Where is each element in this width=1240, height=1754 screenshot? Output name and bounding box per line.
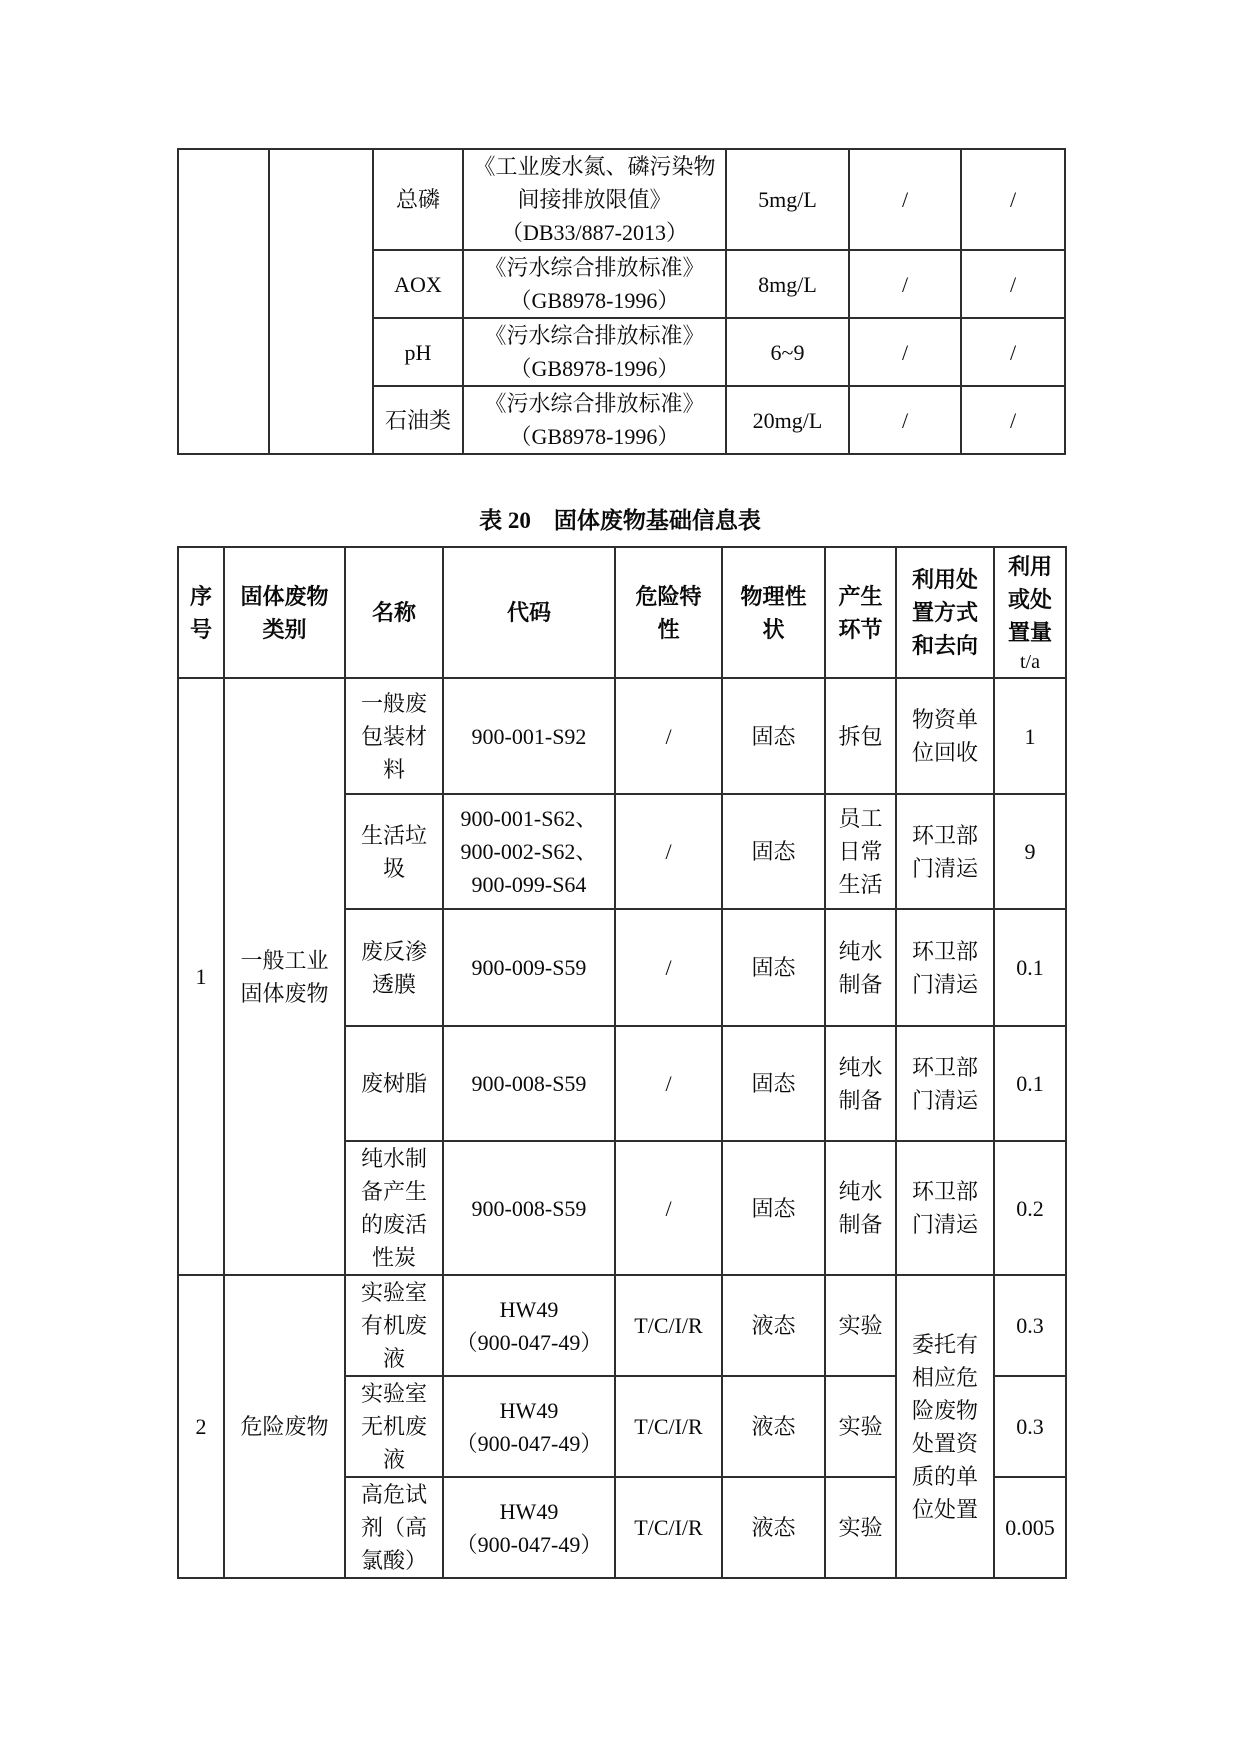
waste-code-cell: 900-009-S59 xyxy=(443,909,615,1026)
waste-name-cell: 废树脂 xyxy=(345,1026,443,1141)
disposal-cell: 环卫部 门清运 xyxy=(896,1141,994,1275)
amount-cell: 0.2 xyxy=(994,1141,1066,1275)
header-amount-unit: t/a xyxy=(997,649,1063,675)
amount-cell: 0.3 xyxy=(994,1376,1066,1477)
header-category-cell: 固体废物 类别 xyxy=(224,547,345,678)
disposal-cell: 环卫部 门清运 xyxy=(896,1026,994,1141)
waste-name-cell: 实验室 无机废 液 xyxy=(345,1376,443,1477)
solid-waste-info-table: 序 号 固体废物 类别 名称 代码 危险特 性 物理性 状 产生 环节 利用处 … xyxy=(177,546,1067,1579)
header-amount-cell: 利用 或处 置量t/a xyxy=(994,547,1066,678)
table-row: 总磷 《工业废水氮、磷污染物 间接排放限值》 （DB33/887-2013） 5… xyxy=(178,149,1065,250)
slash-cell: / xyxy=(961,149,1065,250)
disposal-cell: 环卫部 门清运 xyxy=(896,909,994,1026)
slash-cell: / xyxy=(849,250,961,318)
hazard-cell: / xyxy=(615,909,722,1026)
hazard-cell: / xyxy=(615,1141,722,1275)
waste-name-cell: 生活垃 圾 xyxy=(345,794,443,909)
standard-name-cell: 《污水综合排放标准》 （GB8978-1996） xyxy=(463,318,726,386)
amount-cell: 0.1 xyxy=(994,909,1066,1026)
header-physical-cell: 物理性 状 xyxy=(722,547,825,678)
stage-cell: 实验 xyxy=(825,1376,896,1477)
table-row: 1 一般工业 固体废物 一般废 包装材 料 900-001-S92 / 固态 拆… xyxy=(178,678,1066,794)
header-no-cell: 序 号 xyxy=(178,547,224,678)
pollutant-name-cell: 石油类 xyxy=(373,386,463,454)
waste-code-cell: HW49 （900-047-49） xyxy=(443,1477,615,1578)
hazard-cell: T/C/I/R xyxy=(615,1275,722,1376)
disposal-cell: 物资单 位回收 xyxy=(896,678,994,794)
physical-state-cell: 固态 xyxy=(722,1026,825,1141)
hazard-cell: T/C/I/R xyxy=(615,1376,722,1477)
pollutant-name-cell: pH xyxy=(373,318,463,386)
table20-title: 表 20 固体废物基础信息表 xyxy=(0,506,1240,536)
pollutant-name-cell: 总磷 xyxy=(373,149,463,250)
empty-continuation-cell xyxy=(178,149,269,454)
slash-cell: / xyxy=(849,386,961,454)
hazard-cell: / xyxy=(615,678,722,794)
waste-code-cell: 900-008-S59 xyxy=(443,1141,615,1275)
table-row: 2 危险废物 实验室 有机废 液 HW49 （900-047-49） T/C/I… xyxy=(178,1275,1066,1376)
amount-cell: 0.3 xyxy=(994,1275,1066,1376)
waste-name-cell: 废反渗 透膜 xyxy=(345,909,443,1026)
amount-cell: 0.1 xyxy=(994,1026,1066,1141)
group-no-cell: 1 xyxy=(178,678,224,1275)
limit-value-cell: 5mg/L xyxy=(726,149,849,250)
limit-value-cell: 6~9 xyxy=(726,318,849,386)
waste-name-cell: 实验室 有机废 液 xyxy=(345,1275,443,1376)
amount-cell: 1 xyxy=(994,678,1066,794)
physical-state-cell: 固态 xyxy=(722,909,825,1026)
stage-cell: 实验 xyxy=(825,1477,896,1578)
stage-cell: 拆包 xyxy=(825,678,896,794)
standard-name-cell: 《污水综合排放标准》 （GB8978-1996） xyxy=(463,386,726,454)
group-category-cell: 危险废物 xyxy=(224,1275,345,1578)
header-amount-label: 利用 或处 置量 xyxy=(997,550,1063,649)
disposal-cell: 环卫部 门清运 xyxy=(896,794,994,909)
physical-state-cell: 固态 xyxy=(722,1141,825,1275)
physical-state-cell: 液态 xyxy=(722,1477,825,1578)
hazard-cell: T/C/I/R xyxy=(615,1477,722,1578)
waste-code-cell: HW49 （900-047-49） xyxy=(443,1376,615,1477)
slash-cell: / xyxy=(849,149,961,250)
stage-cell: 员工 日常 生活 xyxy=(825,794,896,909)
waste-name-cell: 高危试 剂（高 氯酸） xyxy=(345,1477,443,1578)
amount-cell: 9 xyxy=(994,794,1066,909)
standard-name-cell: 《工业废水氮、磷污染物 间接排放限值》 （DB33/887-2013） xyxy=(463,149,726,250)
disposal-merged-cell: 委托有 相应危 险废物 处置资 质的单 位处置 xyxy=(896,1275,994,1578)
physical-state-cell: 固态 xyxy=(722,678,825,794)
limit-value-cell: 20mg/L xyxy=(726,386,849,454)
header-code-cell: 代码 xyxy=(443,547,615,678)
physical-state-cell: 固态 xyxy=(722,794,825,909)
group-category-cell: 一般工业 固体废物 xyxy=(224,678,345,1275)
slash-cell: / xyxy=(961,250,1065,318)
empty-continuation-cell xyxy=(269,149,373,454)
hazard-cell: / xyxy=(615,794,722,909)
hazard-cell: / xyxy=(615,1026,722,1141)
amount-cell: 0.005 xyxy=(994,1477,1066,1578)
waste-name-cell: 一般废 包装材 料 xyxy=(345,678,443,794)
waste-code-cell: 900-008-S59 xyxy=(443,1026,615,1141)
slash-cell: / xyxy=(849,318,961,386)
physical-state-cell: 液态 xyxy=(722,1275,825,1376)
waste-code-cell: 900-001-S92 xyxy=(443,678,615,794)
pollutant-name-cell: AOX xyxy=(373,250,463,318)
physical-state-cell: 液态 xyxy=(722,1376,825,1477)
stage-cell: 纯水 制备 xyxy=(825,1026,896,1141)
waste-code-cell: HW49 （900-047-49） xyxy=(443,1275,615,1376)
standard-name-cell: 《污水综合排放标准》 （GB8978-1996） xyxy=(463,250,726,318)
stage-cell: 纯水 制备 xyxy=(825,909,896,1026)
waste-name-cell: 纯水制 备产生 的废活 性炭 xyxy=(345,1141,443,1275)
wastewater-standards-table: 总磷 《工业废水氮、磷污染物 间接排放限值》 （DB33/887-2013） 5… xyxy=(177,148,1066,455)
header-hazard-cell: 危险特 性 xyxy=(615,547,722,678)
limit-value-cell: 8mg/L xyxy=(726,250,849,318)
header-disposal-cell: 利用处 置方式 和去向 xyxy=(896,547,994,678)
table-header-row: 序 号 固体废物 类别 名称 代码 危险特 性 物理性 状 产生 环节 利用处 … xyxy=(178,547,1066,678)
header-stage-cell: 产生 环节 xyxy=(825,547,896,678)
document-page: 总磷 《工业废水氮、磷污染物 间接排放限值》 （DB33/887-2013） 5… xyxy=(0,0,1240,1754)
stage-cell: 实验 xyxy=(825,1275,896,1376)
stage-cell: 纯水 制备 xyxy=(825,1141,896,1275)
group-no-cell: 2 xyxy=(178,1275,224,1578)
slash-cell: / xyxy=(961,386,1065,454)
slash-cell: / xyxy=(961,318,1065,386)
header-name-cell: 名称 xyxy=(345,547,443,678)
waste-code-cell: 900-001-S62、 900-002-S62、 900-099-S64 xyxy=(443,794,615,909)
